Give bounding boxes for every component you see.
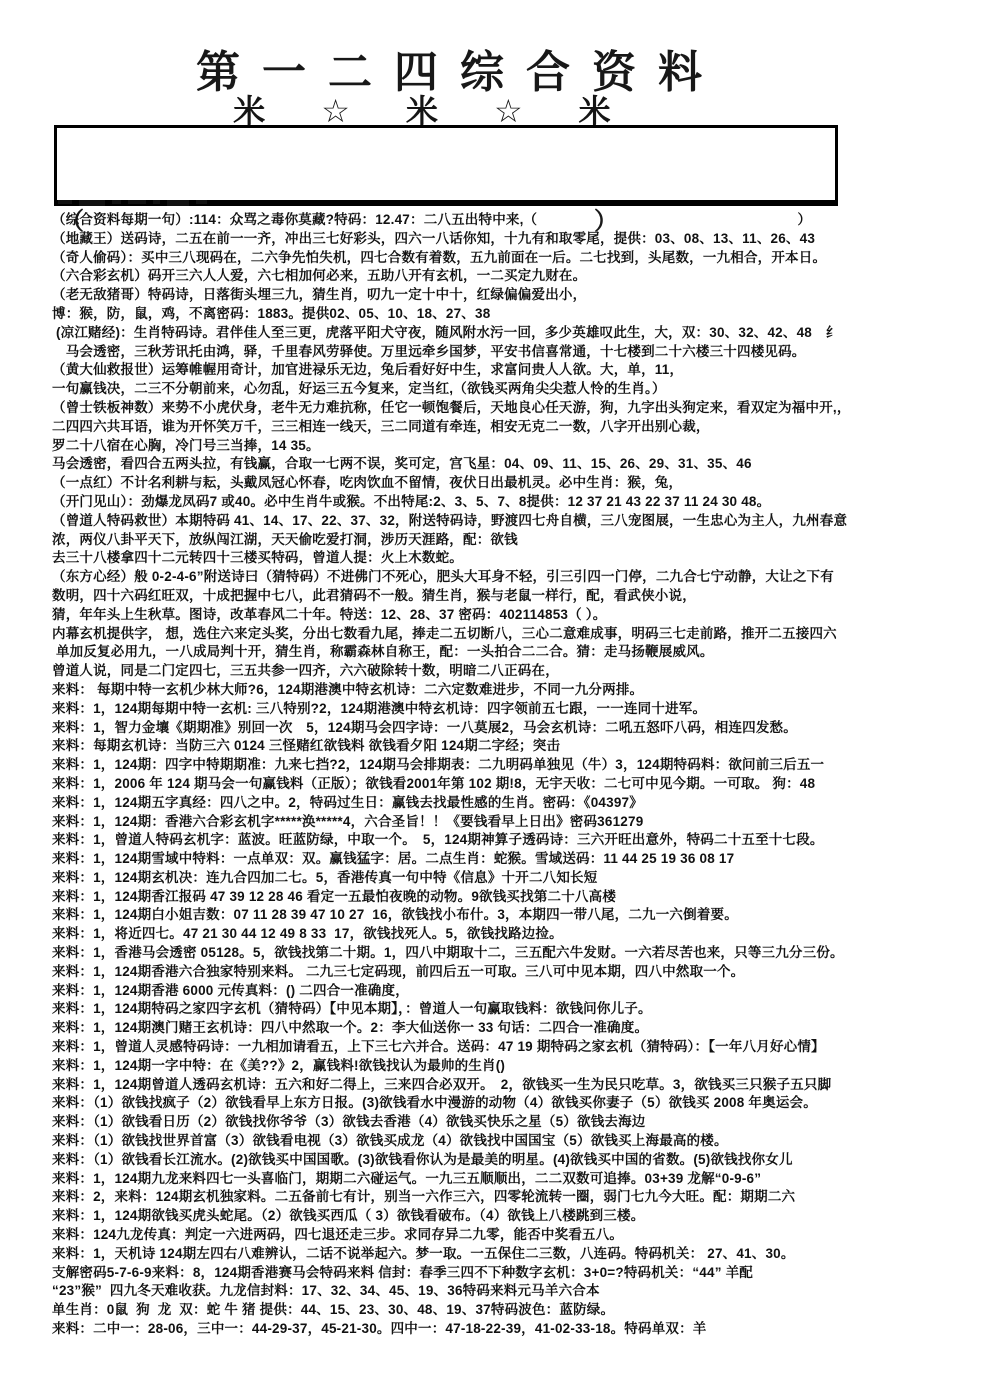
text-line: 数明，四十六码红旺双，十成把握中七八，此君猜码不一般。猜生肖，猴与老鼠一样行，配… [52, 587, 957, 606]
text-line: 浓，两仪八卦平天下，放纵闯江湖，天天偷吃爱打洞，涉历天涯路，配：欲钱 [52, 531, 957, 550]
text-line: 来料：二中一：28-06，三中一：44-29-37，45-21-30。四中一：4… [52, 1320, 957, 1339]
text-line: 来料：1，124期九龙来料四七一头喜临门，期期二六碰运气。一九三五顺顺出，二二双… [52, 1170, 957, 1189]
text-line: 来料：（1）欲钱找世界首富（3）欲钱看电视（3）欲钱买成龙（4）欲钱找中国国宝（… [52, 1132, 957, 1151]
text-line: （黄大仙救报世）运筹帷幄用奇计，加官进禄乐无边，兔后看好好中生，求富问贵人人欲。… [52, 361, 957, 380]
text-line: 来料：1，将近四七。47 21 30 44 12 49 8 33 17，欲钱找死… [52, 925, 957, 944]
text-line: 来料：1，天机诗 124期左四右八难辨认，二话不说举起六。梦一取。一五保住二三数… [52, 1245, 957, 1264]
text-line: 一句赢钱决，二三不分朝前来，心勿乱，好运三五今复来，定当红,（欲钱买两角尖尖惹人… [52, 380, 957, 399]
text-line: （六合彩玄机）码开三六人人爱，六七相加何必来，五助八开有玄机，一二买定九财在。 [52, 267, 957, 286]
text-line: （开门见山）：劲爆龙凤码7 或40。必中生肖牛或猴。不出特尾:2、3、5、7、8… [52, 493, 957, 512]
text-line: 罗二十八宿在心胸，冷门号三当捧，14 35。 [52, 437, 957, 456]
text-line: （综合资料每期一句）:114：众骂之毒你莫藏?特码：12.47：二八五出特中来,… [52, 211, 957, 230]
text-line: 来料：1，2006 年 124 期马会一句赢钱料（正版）；欲钱看2001年第 1… [52, 775, 957, 794]
text-line: 来料：1，124期香江报码 47 39 12 28 46 看定一五最怕夜晚的动物… [52, 888, 957, 907]
text-line: 博：猴，防，鼠，鸡，不离密码：1883。提供02、05、10、18、27、38 [52, 305, 957, 324]
text-line: 单加反复必用九，一八成局判十开，猜生肖，称霸森林自称王，配：一头拍合二二合。猜：… [52, 643, 957, 662]
text-line: 马会透密，看四合五两头拉，有钱赢，合取一七两不误，奖可定，宫飞星：04、09、1… [52, 455, 957, 474]
text-line: 来料：1，智力金壤《期期准》别回一次 5，124期马会四字诗：一八莫展2，马会玄… [52, 719, 957, 738]
text-line: 来料：1，124期玄机决：连九合四加二七。5，香港传真一句中特《信息》十开二八知… [52, 869, 957, 888]
text-line: （一点红）不计名利耕与耘，头戴凤冠心怀春，吃肉饮血不留情，夜伏日出最机灵。必中生… [52, 474, 957, 493]
text-line: 来料：1，曾道人灵感特码诗：一九相加请看五，上下三七六并合。送码：47 19 期… [52, 1038, 957, 1057]
text-line: 来料：124九龙传真：判定一六进两码，四七退还走三步。求同存异二九零，能否中奖看… [52, 1226, 957, 1245]
text-line: 来料：1，124期香港 6000 元传真料：() 二四合一准确度， [52, 982, 957, 1001]
text-line: (凉江赌经)：生肖特码诗。君伴佳人至三更，虎落平阳犬守夜，随风附水污一回，多少英… [52, 324, 957, 343]
text-line: （曾士铁板神数）来势不小虎伏身，老牛无力难抗称，任它一顿饱餐后，天地良心任天游，… [52, 399, 957, 418]
text-line: （东方心经）般 0-2-4-6”附送诗曰（猜特码）不进佛门不死心，肥头大耳身不轻… [52, 568, 957, 587]
text-line: 来料：2，来料：124期玄机独家料。二五备前七有计，别当一六作三六，四零轮流转一… [52, 1188, 957, 1207]
text-line: 来料：1，124期一字中特：在《美??》2，赢钱料!欲钱找认为最帅的生肖() [52, 1057, 957, 1076]
text-line: 来料：1，124期澳门赌王玄机诗：四八中然取一个。2：李大仙送你一 33 句话：… [52, 1019, 957, 1038]
content-lines: （综合资料每期一句）:114：众骂之毒你莫藏?特码：12.47：二八五出特中来,… [52, 211, 957, 1339]
text-line: 来料：1，124期每期中特一玄机: 三八特别?2，124期港澳中特玄机诗：四字领… [52, 700, 957, 719]
text-line: 内幕玄机提供字， 想，选住六来定头奖，分出七数看九尾，捧走二五切断八，三心二意难… [52, 625, 957, 644]
text-line: 来料：1，124期白小姐吉数：07 11 28 39 47 10 27 16，欲… [52, 906, 957, 925]
text-line: 二四四六共耳语，谁为开怀笑万千，三三相连一线天，三二同道有牵连，相安无克二一数，… [52, 418, 957, 437]
text-line: 来料：1，124期欲钱买虎头蛇尾。（2）欲钱买西瓜（ 3）欲钱看破布。（4）欲钱… [52, 1207, 957, 1226]
text-line: 来料：1，124期特码之家四字玄机（猜特码）【中见本期】，：曾道人一句赢取钱料：… [52, 1000, 957, 1019]
text-line: 猜，年年头上生秋草。图诗，改革春风二十年。特送：12、28、37 密码：4021… [52, 606, 957, 625]
text-line: 马会透密，三秋芳讯托由鸿，驿，千里春风劳驿使。万里远牵乡国梦，平安书信喜常通，十… [52, 343, 957, 362]
text-line: （地藏王）送码诗，二五在前一一齐，冲出三七好彩头，四六一八话你知，十九有和取零尾… [52, 230, 957, 249]
text-line: 来料： 每期中特一玄机少林大师?6，124期港澳中特玄机诗：二六定数难进步，不同… [52, 681, 957, 700]
text-line: “23”猴” 四九冬天难收获。九龙信封料：17、32、34、45、19、36特码… [52, 1282, 957, 1301]
text-line: 支解密码5-7-6-9来料：8，124期香港赛马会特码来料 信封：春季三四不下种… [52, 1264, 957, 1283]
text-line: 来料：1，香港马会透密 05128。5，欲钱找第二十期。1，四八中期取十二，三五… [52, 944, 957, 963]
text-line: 来料：1，124期：四字中特期期准：九来七挡?2，124期马会排期表：二九明码单… [52, 756, 957, 775]
text-line: 来料：1，曾道人特码玄机字：蓝波。旺蓝防绿，中取一个。 5，124期神算子透码诗… [52, 831, 957, 850]
text-line: 来料：1，124期五字真经：四八之中。2，特码过生日：赢钱去找最性感的生肖。密码… [52, 794, 957, 813]
text-line: 来料：（1）欲钱找疯子（2）欲钱看早上东方日报。(3)欲钱看水中漫游的动物（4）… [52, 1094, 957, 1113]
text-line: （老无敌猪哥）特码诗，日落街头埋三九，猜生肖，叨九一定十中十，红绿偏偏爱出小， [52, 286, 957, 305]
text-line: 来料：1，124期雪域中特料：一点单双：双。赢钱猛字：居。二点生肖：蛇猴。雪域送… [52, 850, 957, 869]
text-line: 来料：（1）欲钱看日历（2）欲钱找你爷爷（3）欲钱去香港（4）欲钱买快乐之星（5… [52, 1113, 957, 1132]
text-line: 单生肖：0鼠 狗 龙 双：蛇 牛 猪 提供：44、15、23、30、48、19、… [52, 1301, 957, 1320]
text-line: 曾道人说，同是二门定四七，三五共参一四齐，六六破除转十数，明暗二八正码在， [52, 662, 957, 681]
text-line: 来料：每期玄机诗：当防三六 0124 三怪赌红欲钱料 欲钱看夕阳 124期二字经… [52, 737, 957, 756]
text-line: 来料：1，124期：香港六合彩玄机字*****涣*****4，六合圣旨！！《要钱… [52, 813, 957, 832]
text-line: （曾道人特码救世）本期特码 41、14、17、22、37、32，附送特码诗，野渡… [52, 512, 957, 531]
empty-frame-box [54, 125, 838, 206]
text-line: 来料：（1）欲钱看长江流水。(2)欲钱买中国国歌。(3)欲钱看你认为是最美的明星… [52, 1151, 957, 1170]
text-line: 来料：1，124期香港六合独家特别来料。 二九三七定码现，前四后五一可取。三八可… [52, 963, 957, 982]
text-line: （奇人偷码）：买中三八现码在，二六争先怕失机，四七合数有着数，五九前面在一后。二… [52, 249, 957, 268]
text-line: 来料：1，124期曾道人透码玄机诗：五六和好二得上，三来四合必双开。 2，欲钱买… [52, 1076, 957, 1095]
text-line: 去三十八楼拿四十二元转四十三楼买特码，曾道人提：火上木数蛇。 [52, 549, 957, 568]
